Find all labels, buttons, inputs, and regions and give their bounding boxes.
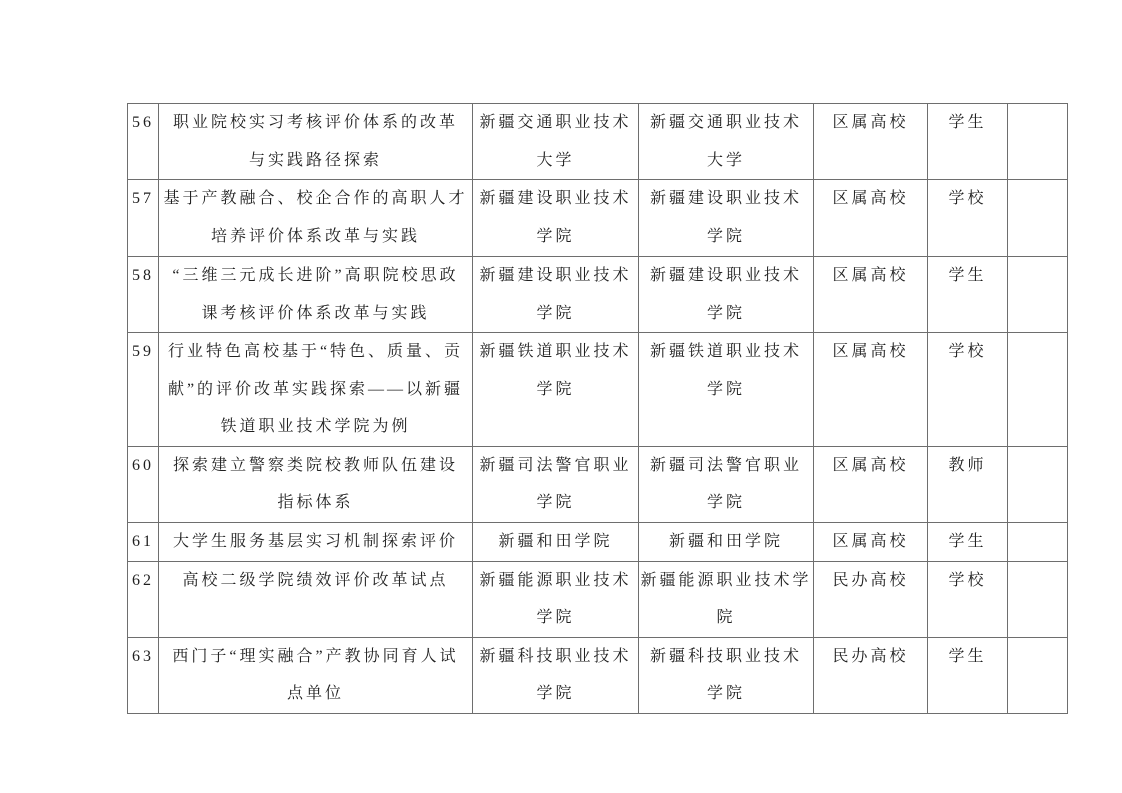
audience-cell: 学校 — [928, 333, 1008, 447]
project-title-cell: 大学生服务基层实习机制探索评价 — [159, 522, 473, 561]
remark-cell — [1008, 522, 1068, 561]
audience-cell: 学生 — [928, 104, 1008, 180]
org-column-2-cell: 新疆交通职业技术 大学 — [639, 104, 814, 180]
row-number-cell: 58 — [128, 257, 159, 333]
table-row: 59 行业特色高校基于“特色、质量、贡 献”的评价改革实践探索——以新疆 铁道职… — [128, 333, 1068, 447]
table-row: 56 职业院校实习考核评价体系的改革 与实践路径探索 新疆交通职业技术 大学 新… — [128, 104, 1068, 180]
org-column-1-cell: 新疆司法警官职业 学院 — [473, 446, 639, 522]
row-number-cell: 62 — [128, 561, 159, 637]
remark-cell — [1008, 561, 1068, 637]
org-column-2-cell: 新疆和田学院 — [639, 522, 814, 561]
org-column-1-cell: 新疆建设职业技术 学院 — [473, 180, 639, 257]
table-row: 58 “三维三元成长进阶”高职院校思政 课考核评价体系改革与实践 新疆建设职业技… — [128, 257, 1068, 333]
project-title-cell: 职业院校实习考核评价体系的改革 与实践路径探索 — [159, 104, 473, 180]
document-page: 56 职业院校实习考核评价体系的改革 与实践路径探索 新疆交通职业技术 大学 新… — [0, 0, 1122, 793]
project-title-cell: 基于产教融合、校企合作的高职人才 培养评价体系改革与实践 — [159, 180, 473, 257]
table-row: 62 高校二级学院绩效评价改革试点 新疆能源职业技术学院 新疆能源职业技术学院 … — [128, 561, 1068, 637]
school-category-cell: 区属高校 — [814, 522, 928, 561]
audience-cell: 学生 — [928, 257, 1008, 333]
school-category-cell: 民办高校 — [814, 637, 928, 713]
row-number-cell: 63 — [128, 637, 159, 713]
audience-cell: 教师 — [928, 446, 1008, 522]
org-column-1-cell: 新疆科技职业技术 学院 — [473, 637, 639, 713]
row-number-cell: 56 — [128, 104, 159, 180]
table-row: 57 基于产教融合、校企合作的高职人才 培养评价体系改革与实践 新疆建设职业技术… — [128, 180, 1068, 257]
org-column-2-cell: 新疆铁道职业技术 学院 — [639, 333, 814, 447]
remark-cell — [1008, 333, 1068, 447]
row-number-cell: 61 — [128, 522, 159, 561]
project-title-cell: 高校二级学院绩效评价改革试点 — [159, 561, 473, 637]
table-row: 61 大学生服务基层实习机制探索评价 新疆和田学院 新疆和田学院 区属高校 学生 — [128, 522, 1068, 561]
org-column-2-cell: 新疆建设职业技术 学院 — [639, 257, 814, 333]
school-category-cell: 区属高校 — [814, 446, 928, 522]
table-row: 63 西门子“理实融合”产教协同育人试 点单位 新疆科技职业技术 学院 新疆科技… — [128, 637, 1068, 713]
projects-table: 56 职业院校实习考核评价体系的改革 与实践路径探索 新疆交通职业技术 大学 新… — [127, 103, 1068, 714]
school-category-cell: 区属高校 — [814, 257, 928, 333]
project-title-cell: 西门子“理实融合”产教协同育人试 点单位 — [159, 637, 473, 713]
remark-cell — [1008, 446, 1068, 522]
school-category-cell: 区属高校 — [814, 333, 928, 447]
org-column-2-cell: 新疆科技职业技术 学院 — [639, 637, 814, 713]
row-number-cell: 60 — [128, 446, 159, 522]
org-column-1-cell: 新疆铁道职业技术 学院 — [473, 333, 639, 447]
audience-cell: 学校 — [928, 561, 1008, 637]
table-row: 60 探索建立警察类院校教师队伍建设 指标体系 新疆司法警官职业 学院 新疆司法… — [128, 446, 1068, 522]
project-title-cell: 行业特色高校基于“特色、质量、贡 献”的评价改革实践探索——以新疆 铁道职业技术… — [159, 333, 473, 447]
audience-cell: 学校 — [928, 180, 1008, 257]
project-title-cell: “三维三元成长进阶”高职院校思政 课考核评价体系改革与实践 — [159, 257, 473, 333]
school-category-cell: 区属高校 — [814, 180, 928, 257]
project-title-cell: 探索建立警察类院校教师队伍建设 指标体系 — [159, 446, 473, 522]
row-number-cell: 57 — [128, 180, 159, 257]
org-column-1-cell: 新疆和田学院 — [473, 522, 639, 561]
remark-cell — [1008, 104, 1068, 180]
org-column-2-cell: 新疆能源职业技术学院 — [639, 561, 814, 637]
school-category-cell: 区属高校 — [814, 104, 928, 180]
remark-cell — [1008, 180, 1068, 257]
remark-cell — [1008, 637, 1068, 713]
org-column-2-cell: 新疆建设职业技术 学院 — [639, 180, 814, 257]
remark-cell — [1008, 257, 1068, 333]
school-category-cell: 民办高校 — [814, 561, 928, 637]
audience-cell: 学生 — [928, 637, 1008, 713]
org-column-1-cell: 新疆能源职业技术学院 — [473, 561, 639, 637]
org-column-2-cell: 新疆司法警官职业 学院 — [639, 446, 814, 522]
row-number-cell: 59 — [128, 333, 159, 447]
org-column-1-cell: 新疆建设职业技术 学院 — [473, 257, 639, 333]
org-column-1-cell: 新疆交通职业技术 大学 — [473, 104, 639, 180]
audience-cell: 学生 — [928, 522, 1008, 561]
